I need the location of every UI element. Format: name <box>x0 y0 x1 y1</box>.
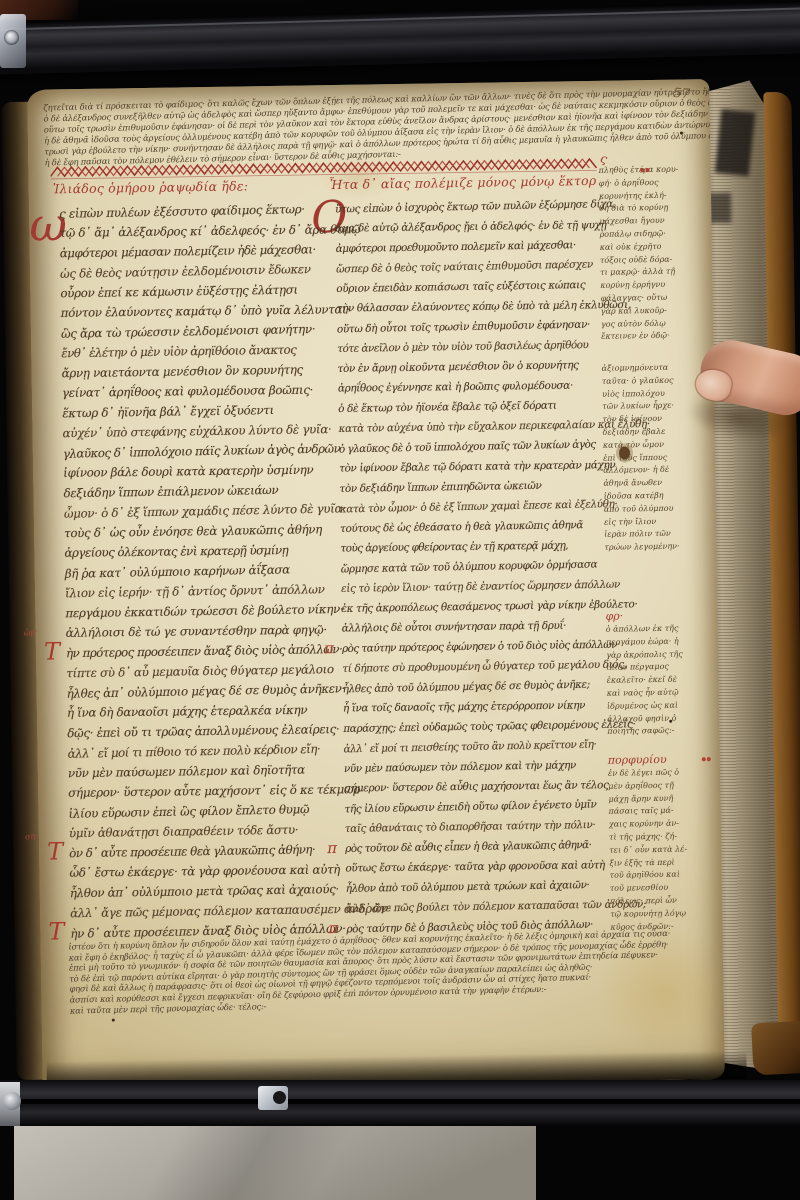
paragraph-initial-tau: Τ <box>48 919 64 943</box>
margin-scholia-block: φρ· ὁ ἀπόλλων ἐκ τῆςπεργάμου ἑώρα· ἡγὰρ … <box>605 607 711 739</box>
verse-line: τῷ δ᾽ ἅμ᾽ ἀλέξανδρος κί᾽ ἀδελφεός· ἐν δ᾽… <box>59 219 337 242</box>
leather-corner <box>751 1021 800 1076</box>
bottom-scholia-block: ἰστέον ὅτι ἡ κορύνη ὅπλον ἦν σιδηροῦν ὅλ… <box>68 926 736 1015</box>
wormhole <box>112 1019 115 1022</box>
porphyry-scholion-block: πορφυρίου ἐν δὲ λέγει πῶς ὁμὲν ἀρηΐθοος … <box>608 751 715 934</box>
scholion-line: ποιητὴς σαφῶς:- <box>607 725 711 739</box>
paraphrase-line: ἀλλήλοις δὲ οὗτοι συνήντησαν παρὰ τῇ δρυ… <box>342 615 604 638</box>
top-corner-clamp <box>0 14 26 68</box>
paraphrase-line: ἦ ἵνα τοῖς δαναοῖς τῆς μάχης ἑτερόρροπον… <box>343 695 605 718</box>
fore-edge-ink-mark <box>715 109 756 176</box>
parchment-page: 57 ζητεῖται διὰ τί πρόσκειται τὸ φαίδιμο… <box>27 79 725 1090</box>
paraphrase-line: ἀρηΐθοος ἐγέννησε καὶ ἡ βοῶπις φυλομέδου… <box>338 375 600 398</box>
right-column-heading: Ἦτα δ᾽ αἴας πολέμιζε μόνος μόνῳ ἕκτορι δ… <box>329 173 597 193</box>
rail-screw <box>3 1092 21 1110</box>
margin-note: ὡρ· <box>23 627 38 638</box>
paraphrase-line: οὕτως ἔστω ἑκάεργε· ταῦτα γὰρ φρονοῦσα κ… <box>345 855 607 878</box>
clamp-screw <box>4 30 19 45</box>
top-scholia-block: ζητεῖται διὰ τί πρόσκειται τὸ φαίδιμος· … <box>43 86 710 169</box>
manuscript-photo-scene: 57 ζητεῖται διὰ τί πρόσκειται τὸ φαίδιμο… <box>0 0 800 1200</box>
fore-edge-ink-mark <box>709 193 731 223</box>
margin-scholia-block: πληθὺς ἑτέρα κορυ-φή· ὁ ἀρηΐθοοςκορυνήτη… <box>598 163 705 344</box>
rubric-marker <box>702 757 712 762</box>
paragraph-initial-pi: π <box>324 641 334 656</box>
paragraph-initial-pi: π <box>328 921 338 936</box>
paraphrase-column: ὕτως εἰπὼν ὁ ἰσχυρὸς ἕκτωρ τῶν πυλῶν ἐξώ… <box>335 195 609 939</box>
margin-rubric-porphyry: πορφυρίου <box>608 751 712 768</box>
iliad-text-column: ς εἰπὼν πυλέων ἐξέσσυτο φαίδιμος ἕκτωρ·τ… <box>59 199 349 943</box>
cradle-bottom-rail <box>0 1080 800 1126</box>
paragraph-initial-pi: π <box>327 841 337 856</box>
rail-clip <box>258 1086 288 1110</box>
zigzag-tail-ornament: ς <box>599 152 608 165</box>
gray-cloth <box>14 1126 536 1200</box>
scholion-line: τρώων λεγομένην· <box>604 540 708 554</box>
manuscript-book: 57 ζητεῖται διὰ τί πρόσκειται τὸ φαίδιμο… <box>0 0 800 1116</box>
finger <box>688 338 800 454</box>
verse-line: ὧδ᾽ ἔστω ἑκάεργε· τὰ γὰρ φρονέουσα καὶ α… <box>69 859 347 882</box>
paraphrase-line: ἅμα δὲ αὐτῷ ἀλέξανδρος ᾔει ὁ ἀδελφός· ἐν… <box>335 215 597 238</box>
rubric-marker <box>641 168 651 173</box>
left-column-heading: Ἰλιάδος ὁμήρου ῥαψῳδία ἥδε: <box>53 177 325 197</box>
paragraph-initial-tau: Τ <box>47 839 63 863</box>
paraphrase-line: τὸν ἰφίνοον ἔβαλε τῷ δόρατι κατὰ τὴν κρα… <box>339 455 601 478</box>
verse-line: ἀλλήλοισι δὲ τώ γε συναντέσθην παρὰ φηγῷ… <box>66 619 344 642</box>
paragraph-initial-tau: Τ <box>44 639 60 663</box>
verse-line: ἰφίνοον βάλε δουρὶ κατὰ κρατερὴν ὑσμίνην <box>63 459 341 482</box>
verse-line: γείνατ᾽ ἀρηΐθοος καὶ φυλομέδουσα βοῶπις· <box>62 379 340 402</box>
margin-rubric: φρ· <box>605 607 709 624</box>
verse-line: ἦ ἵνα δὴ δαναοῖσι μάχης ἑτεραλκέα νίκην <box>67 699 345 722</box>
